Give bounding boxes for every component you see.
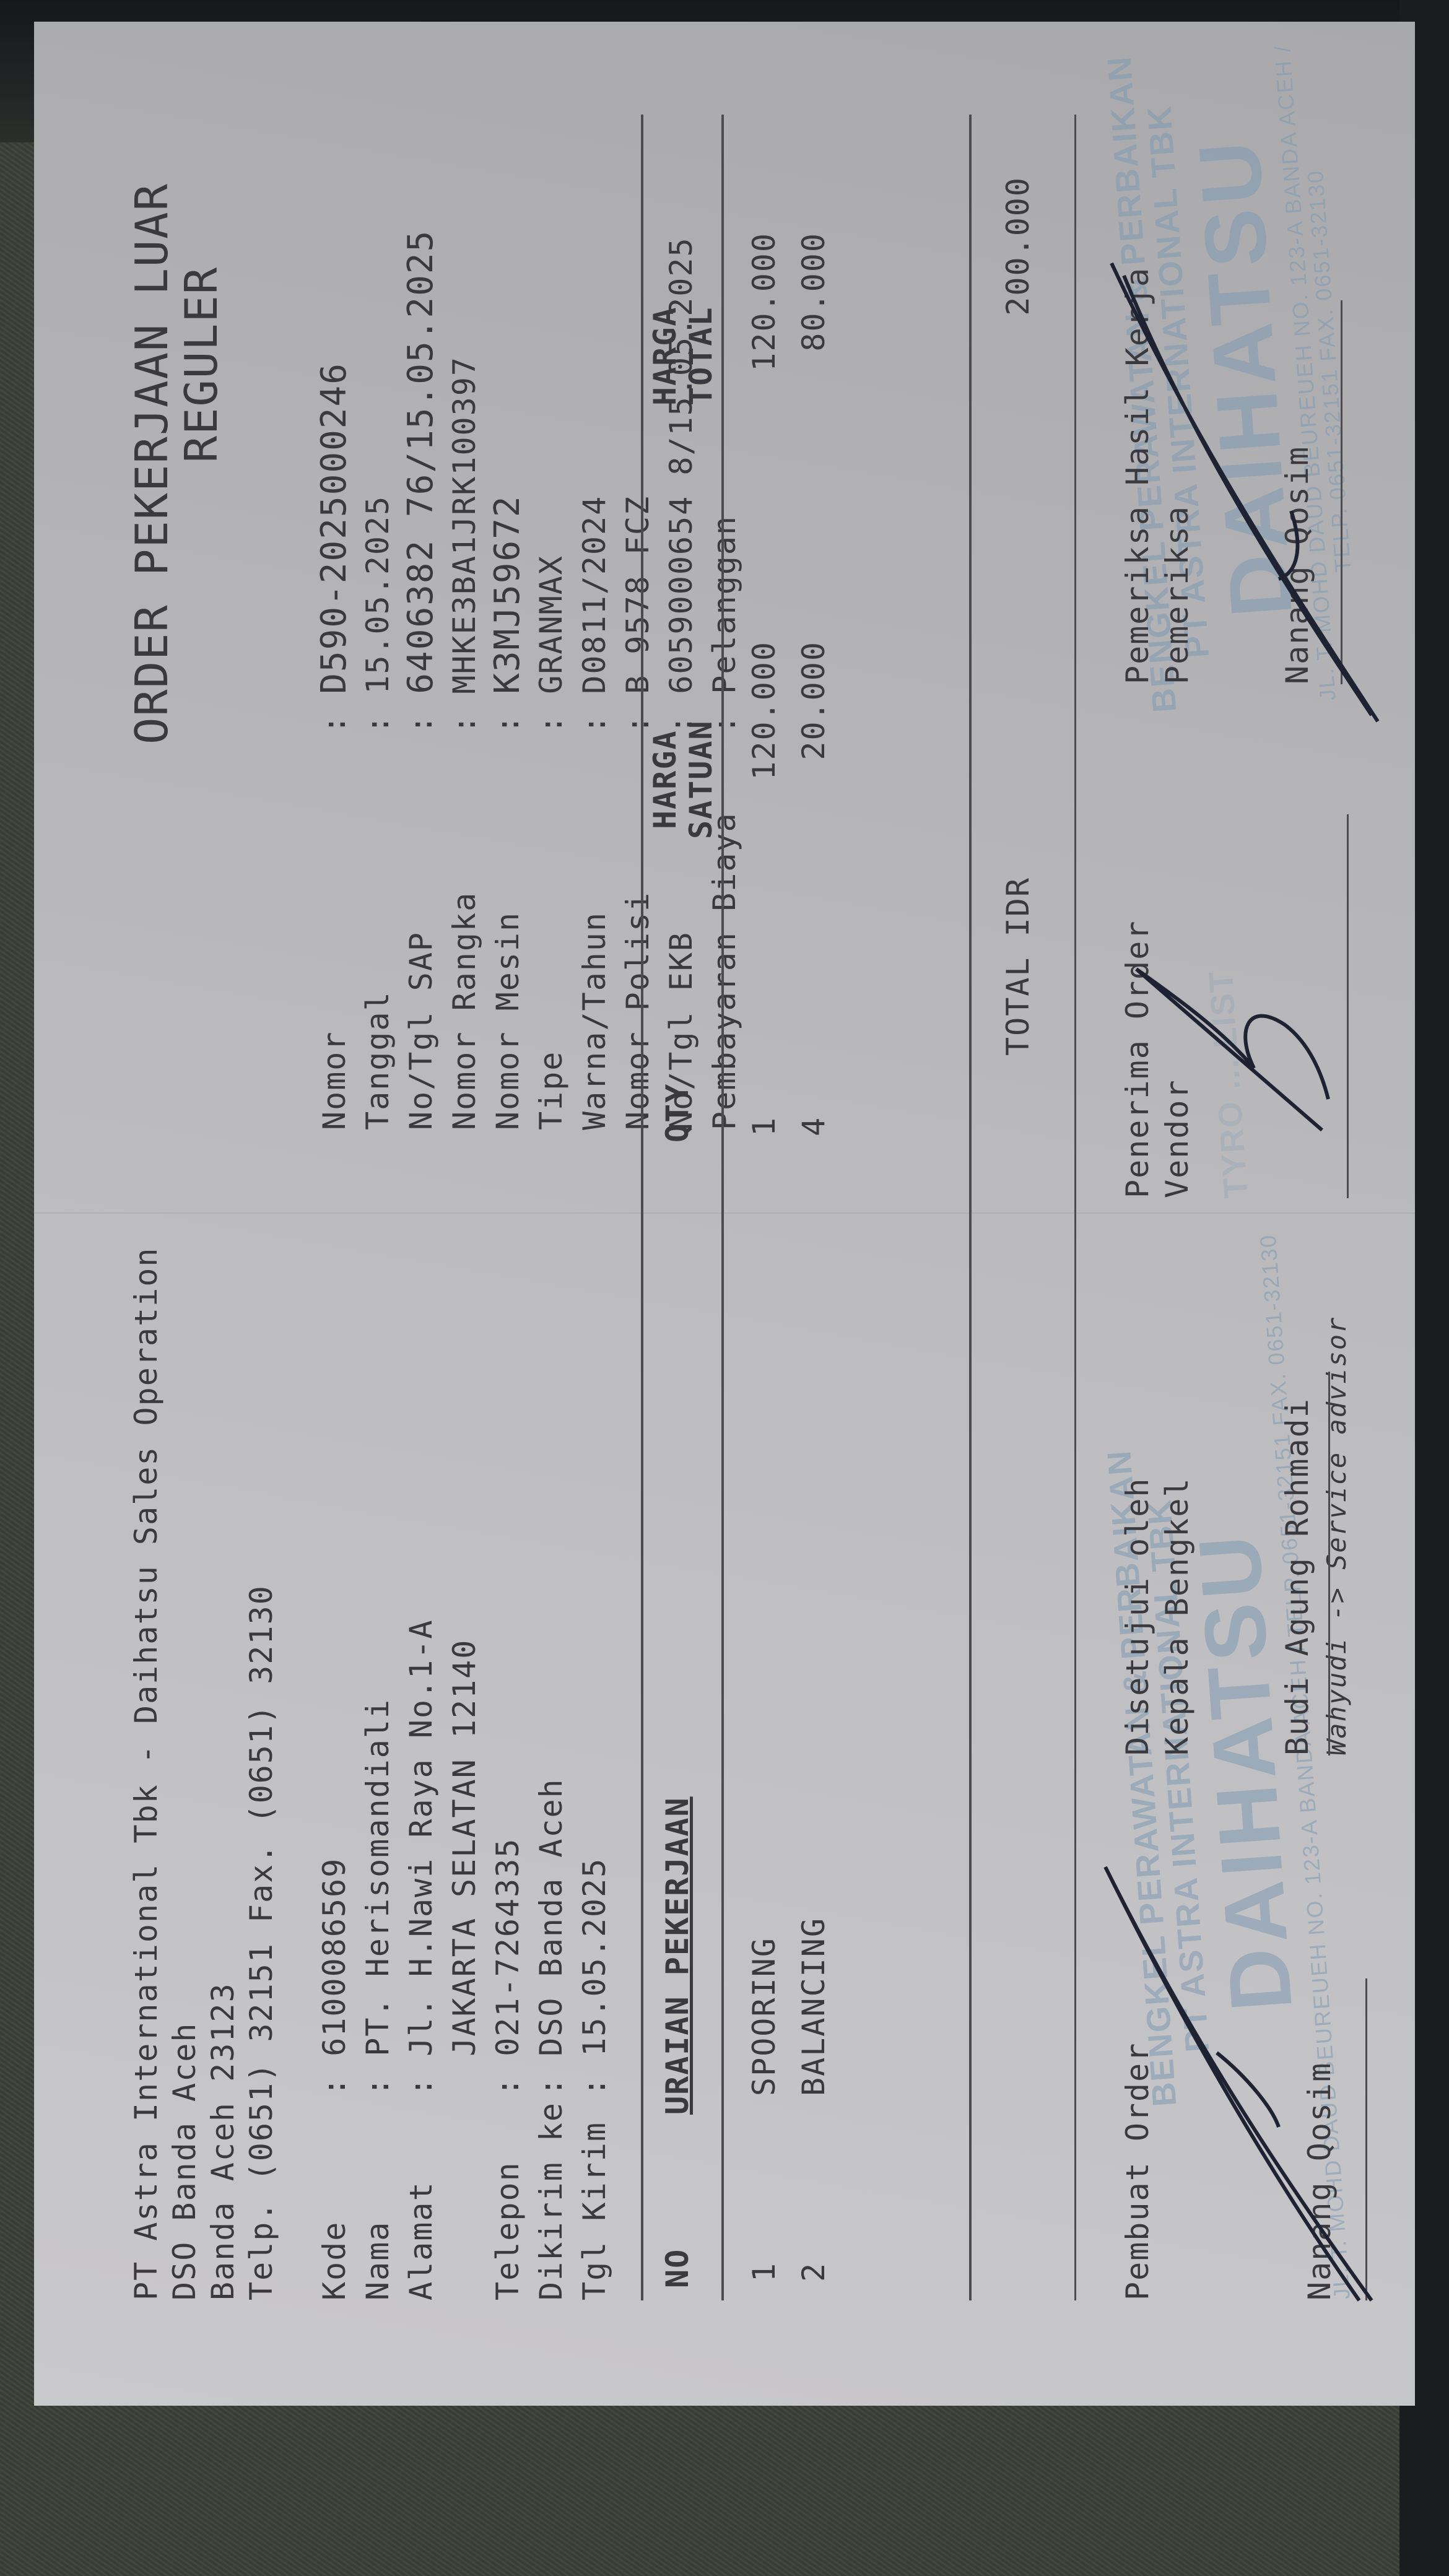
receipt-paper: PT Astra International Tbk - Daihatsu Sa… [34,22,1415,2406]
table-bottom-rule [969,115,972,2300]
field-nama: Nama: PT. Herisomandiali [356,1619,399,2300]
title-line-2: REGULER [176,183,226,744]
company-name: PT Astra International Tbk - Daihatsu Sa… [127,1247,165,2300]
field-dikirim: Dikirim ke: DSO Banda Aceh [529,1619,573,2300]
company-city: Banda Aceh 23123 [204,1247,242,2300]
disetujui-note: Wahyudi -> Service advisor [1317,1316,1357,1756]
disetujui-label-2: Kepala Bengkel [1157,1316,1197,1756]
disetujui-sign-line [1328,1372,1330,1756]
field-alamat-2: JAKARTA SELATAN 12140 [443,1619,486,2300]
signature-pembuat-ink [1087,1817,1409,2313]
header-uraian: URAIAN PEKERJAAN [659,1796,695,2115]
penerima-sign-line [1347,814,1349,1198]
disetujui-name: Budi Agung Rohmadi [1277,1316,1317,1756]
field-rangka: Nomor Rangka: MHKE3BA1JRK100397 [443,230,486,1130]
company-branch: DSO Banda Aceh [165,1247,204,2300]
signature-pemeriksa-ink [1087,226,1409,734]
signature-disetujui: Disetujui oleh Kepala Bengkel Budi Agung… [1118,1316,1357,1756]
header-qty: QTY [659,1083,695,1142]
receipt-document: PT Astra International Tbk - Daihatsu Sa… [34,22,1415,2406]
field-tgl-kirim: Tgl Kirim: 15.05.2025 [573,1619,616,2300]
company-phone: Telp. (0651) 32151 Fax. (0651) 32130 [242,1247,281,2300]
field-telepon: Telepon: 021-7264335 [486,1619,529,2300]
field-mesin: Nomor Mesin: K3MJ59672 [486,230,529,1130]
field-alamat: Alamat: Jl. H.Nawi Raya No.1-A [399,1619,443,2300]
field-warna: Warna/Tahun: D0811/2024 [573,230,616,1130]
field-kode: Kode: 6100086569 [313,1619,356,2300]
document-title: ORDER PEKERJAAN LUAR REGULER [127,183,226,744]
field-nomor: Nomor: D590-2025000246 [313,230,356,1130]
signature-top-rule [1074,115,1076,2300]
field-tipe: Tipe: GRANMAX [529,230,573,1130]
paper-fold [34,1212,1415,1214]
signature-penerima-ink [1124,920,1347,1155]
title-line-1: ORDER PEKERJAAN LUAR [127,183,176,744]
header-harga-total: HARGATOTAL [647,306,719,406]
customer-details: Kode: 6100086569 Nama: PT. Herisomandial… [313,1619,616,2300]
field-tanggal: Tanggal: 15.05.2025 [356,230,399,1130]
total-value: 200.000 [1000,176,1036,316]
table-row: 2 BALANCING 4 20.000 80.000 [796,115,839,2300]
table-row: 1 SPOORING 1 120.000 120.000 [746,115,790,2300]
header-harga-satuan: HARGASATUAN [647,720,719,839]
field-sap: No/Tgl SAP: 6406382 76/15.05.2025 [399,230,443,1130]
company-header: PT Astra International Tbk - Daihatsu Sa… [127,1247,281,2300]
total-label: TOTAL IDR [1000,877,1036,1056]
table-top-rule [641,115,643,2300]
disetujui-label-1: Disetujui oleh [1118,1316,1157,1756]
table-header: NO URAIAN PEKERJAAN QTY HARGASATUAN HARG… [659,115,709,2300]
table-header-rule [721,115,724,2300]
header-no: NO [659,2248,695,2288]
